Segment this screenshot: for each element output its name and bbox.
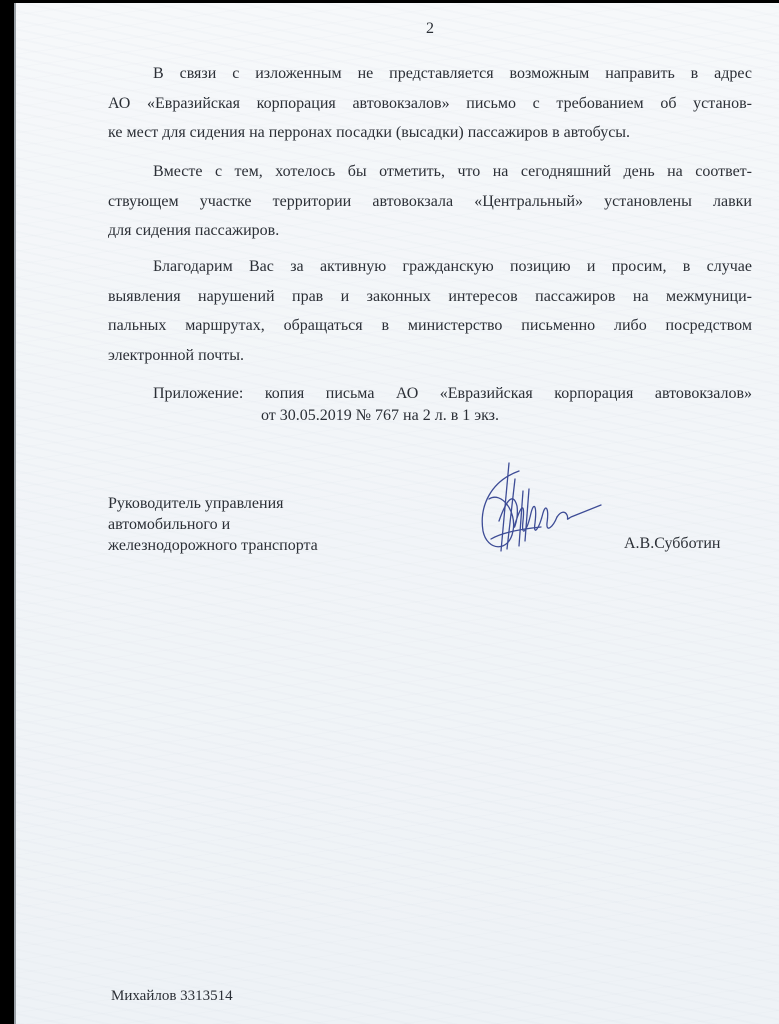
- signatory-title-line: Руководитель управления: [108, 493, 318, 514]
- signatory-title-line: железнодорожного транспорта: [108, 535, 318, 556]
- signatory-title-line: автомобильного и: [108, 514, 318, 535]
- signatory-title: Руководитель управления автомобильного и…: [108, 493, 318, 556]
- attachment-line: от 30.05.2019 № 767 на 2 л. в 1 экз.: [153, 405, 752, 427]
- attachment-line: Приложение: копия письма АО «Евразийская…: [153, 383, 752, 405]
- executor-contact: Михайлов 3313514: [111, 988, 233, 1005]
- paragraph-line: ке мест для сидения на перронах посадки …: [108, 118, 752, 148]
- paragraph-line: АО «Евразийская корпорация автовокзалов»…: [108, 89, 752, 119]
- attachment-note: Приложение: копия письма АО «Евразийская…: [153, 383, 752, 427]
- paragraph-line: Вместе с тем, хотелось бы отметить, что …: [108, 157, 752, 187]
- document-page: 2 В связи с изложенным не представляется…: [14, 3, 779, 1024]
- paragraph-3: Благодарим Вас за активную гражданскую п…: [108, 252, 752, 370]
- page-number: 2: [16, 20, 779, 38]
- paragraph-line: В связи с изложенным не представляется в…: [108, 59, 752, 89]
- paragraph-1: В связи с изложенным не представляется в…: [108, 59, 752, 148]
- paragraph-line: пальных маршрутах, обращаться в министер…: [108, 311, 752, 341]
- screen: 2 В связи с изложенным не представляется…: [0, 0, 779, 1024]
- paragraph-2: Вместе с тем, хотелось бы отметить, что …: [108, 157, 752, 246]
- paragraph-line: электронной почты.: [108, 341, 752, 371]
- signatory-name: А.В.Субботин: [624, 535, 720, 553]
- paragraph-line: выявления нарушений прав и законных инте…: [108, 282, 752, 312]
- signature-icon: [461, 461, 611, 561]
- paragraph-line: Благодарим Вас за активную гражданскую п…: [108, 252, 752, 282]
- paragraph-line: ствующем участке территории автовокзала …: [108, 187, 752, 217]
- paragraph-line: для сидения пассажиров.: [108, 216, 752, 246]
